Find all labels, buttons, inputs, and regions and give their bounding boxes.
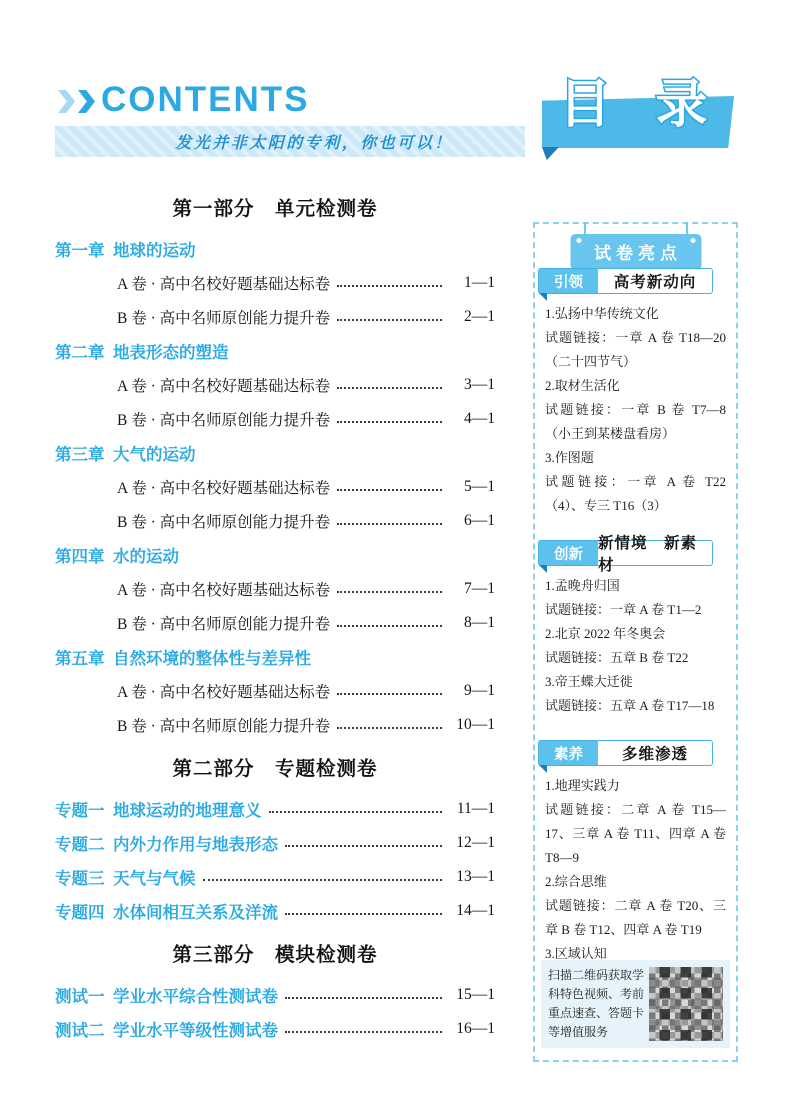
toc-entry-row: 专题三天气与气候13—1 [55, 860, 495, 894]
page-number: 9—1 [449, 682, 495, 700]
toc-chapter-row: 第五章自然环境的整体性与差异性 [55, 640, 495, 674]
entry-title: 内外力作用与地表形态 [113, 831, 278, 855]
mulu-title-art: 目 录 [537, 64, 739, 164]
highlight-item: 1.弘扬中华传统文化试题链接：一章 A 卷 T18—20（二十四节气） [545, 302, 726, 374]
toc-entry-row: 专题四水体间相互关系及洋流14—1 [55, 894, 495, 928]
toc-chapter-row: 第四章水的运动 [55, 538, 495, 572]
entry-title: 自然环境的整体性与差异性 [113, 645, 311, 669]
item-title: A 卷 · 高中名校好题基础达标卷 [117, 374, 330, 396]
chevron-right-icon [58, 90, 75, 113]
item-title: A 卷 · 高中名校好题基础达标卷 [117, 578, 330, 600]
toc-item-row: B 卷 · 高中名师原创能力提升卷10—1 [55, 708, 495, 742]
motto-text: 发光并非太阳的专利，你也可以！ [127, 130, 453, 153]
block-header: 创新新情境 新素材 [538, 540, 713, 566]
highlight-item-link: 试题链接：五章 B 卷 T22 [545, 646, 726, 670]
dotted-leader [337, 387, 442, 389]
part-title: 第二部分 专题检测卷 [55, 754, 495, 784]
toc-entry-row: 测试一学业水平综合性测试卷15—1 [55, 978, 495, 1012]
highlight-block: 引领高考新动向1.弘扬中华传统文化试题链接：一章 A 卷 T18—20（二十四节… [545, 268, 726, 518]
item-title: B 卷 · 高中名师原创能力提升卷 [117, 306, 330, 328]
toc-item-row: A 卷 · 高中名校好题基础达标卷5—1 [55, 470, 495, 504]
page-number: 10—1 [449, 716, 495, 734]
page-number: 11—1 [449, 800, 495, 818]
entry-title: 地表形态的塑造 [113, 339, 229, 363]
entry-label: 专题一 [55, 797, 113, 821]
toc-item-row: A 卷 · 高中名校好题基础达标卷9—1 [55, 674, 495, 708]
toc-item-row: A 卷 · 高中名校好题基础达标卷3—1 [55, 368, 495, 402]
page-number: 12—1 [449, 834, 495, 852]
entry-title: 地球的运动 [113, 237, 196, 261]
entry-title: 水的运动 [113, 543, 179, 567]
page-number: 2—1 [449, 308, 495, 326]
highlight-item-link: 试题链接：二章 A 卷 T20、三章 B 卷 T12、四章 A 卷 T19 [545, 894, 726, 942]
double-chevron-icon [58, 90, 95, 113]
entry-label: 测试二 [55, 1017, 113, 1041]
highlight-item: 1.地理实践力试题链接：二章 A 卷 T15—17、三章 A 卷 T11、四章 … [545, 774, 726, 870]
dotted-leader [337, 591, 442, 593]
highlight-item: 3.作图题试题链接：一章 A 卷 T22（4）、专三 T16（3） [545, 446, 726, 518]
page-number: 8—1 [449, 614, 495, 632]
part-title: 第三部分 模块检测卷 [55, 940, 495, 970]
dotted-leader [285, 913, 442, 915]
dotted-leader [285, 1031, 442, 1033]
block-heading: 多维渗透 [598, 741, 712, 765]
highlight-item-link: 试题链接：一章 A 卷 T18—20（二十四节气） [545, 326, 726, 374]
entry-title: 大气的运动 [113, 441, 196, 465]
page-number: 16—1 [449, 1020, 495, 1038]
toc-entry-row: 专题一地球运动的地理意义11—1 [55, 792, 495, 826]
item-title: B 卷 · 高中名师原创能力提升卷 [117, 612, 330, 634]
highlight-item-name: 2.北京 2022 年冬奥会 [545, 622, 726, 646]
part-title: 第一部分 单元检测卷 [55, 194, 495, 224]
highlight-item-link: 试题链接：一章 B 卷 T7—8（小王到某楼盘看房） [545, 398, 726, 446]
qr-note: 扫描二维码获取学科特色视频、考前重点速查、答题卡等增值服务 [548, 966, 644, 1042]
toc-chapter-row: 第二章地表形态的塑造 [55, 334, 495, 368]
block-header-fold [539, 565, 547, 573]
dotted-leader [269, 811, 443, 813]
highlight-item: 2.取材生活化试题链接：一章 B 卷 T7—8（小王到某楼盘看房） [545, 374, 726, 446]
entry-label: 第五章 [55, 645, 113, 669]
highlight-item-name: 3.作图题 [545, 446, 726, 470]
toc-item-row: B 卷 · 高中名师原创能力提升卷4—1 [55, 402, 495, 436]
entry-label: 第三章 [55, 441, 113, 465]
page-number: 4—1 [449, 410, 495, 428]
highlight-block: 创新新情境 新素材1.孟晚舟归国试题链接：一章 A 卷 T1—22.北京 202… [545, 540, 726, 718]
motto-banner: 发光并非太阳的专利，你也可以！ [55, 126, 525, 157]
highlights-sign: 试卷亮点 [570, 234, 701, 270]
entry-label: 专题三 [55, 865, 113, 889]
highlight-item-link: 试题链接：一章 A 卷 T22（4）、专三 T16（3） [545, 470, 726, 518]
contents-title: CONTENTS [101, 80, 310, 120]
highlight-item: 3.帝王蝶大迁徙试题链接：五章 A 卷 T17—18 [545, 670, 726, 718]
dotted-leader [337, 523, 442, 525]
mulu-ribbon: 目 录 [537, 64, 739, 164]
highlight-item-name: 3.帝王蝶大迁徙 [545, 670, 726, 694]
entry-title: 天气与气候 [113, 865, 196, 889]
entry-title: 学业水平等级性测试卷 [113, 1017, 278, 1041]
dotted-leader [203, 879, 443, 881]
item-title: A 卷 · 高中名校好题基础达标卷 [117, 680, 330, 702]
page-number: 14—1 [449, 902, 495, 920]
toc-item-row: B 卷 · 高中名师原创能力提升卷2—1 [55, 300, 495, 334]
page-number: 5—1 [449, 478, 495, 496]
page-number: 7—1 [449, 580, 495, 598]
item-title: A 卷 · 高中名校好题基础达标卷 [117, 476, 330, 498]
dotted-leader [337, 489, 442, 491]
highlight-item-name: 1.孟晚舟归国 [545, 574, 726, 598]
dotted-leader [337, 421, 442, 423]
highlight-item-name: 2.取材生活化 [545, 374, 726, 398]
chevron-right-icon [78, 90, 95, 113]
highlight-item: 2.北京 2022 年冬奥会试题链接：五章 B 卷 T22 [545, 622, 726, 670]
item-title: A 卷 · 高中名校好题基础达标卷 [117, 272, 330, 294]
item-title: B 卷 · 高中名师原创能力提升卷 [117, 510, 330, 532]
entry-label: 测试一 [55, 983, 113, 1007]
page-number: 3—1 [449, 376, 495, 394]
highlight-item-name: 2.综合思维 [545, 870, 726, 894]
block-heading: 新情境 新素材 [598, 541, 712, 565]
entry-label: 第二章 [55, 339, 113, 363]
qr-code [649, 967, 723, 1041]
entry-title: 学业水平综合性测试卷 [113, 983, 278, 1007]
highlights-blocks: 引领高考新动向1.弘扬中华传统文化试题链接：一章 A 卷 T18—20（二十四节… [535, 224, 736, 1014]
toc-item-row: B 卷 · 高中名师原创能力提升卷8—1 [55, 606, 495, 640]
dotted-leader [337, 693, 442, 695]
dotted-leader [337, 727, 442, 729]
mulu-title: 目 录 [559, 76, 722, 134]
toc-chapter-row: 第一章地球的运动 [55, 232, 495, 266]
block-tag: 素养 [539, 741, 598, 765]
highlight-item-name: 1.弘扬中华传统文化 [545, 302, 726, 326]
block-header-fold [539, 765, 547, 773]
entry-title: 地球运动的地理意义 [113, 797, 262, 821]
highlights-sidebar: 试卷亮点 引领高考新动向1.弘扬中华传统文化试题链接：一章 A 卷 T18—20… [533, 222, 738, 1062]
entry-title: 水体间相互关系及洋流 [113, 899, 278, 923]
dotted-leader [337, 319, 442, 321]
entry-label: 专题二 [55, 831, 113, 855]
block-header: 素养多维渗透 [538, 740, 713, 766]
highlight-item-link: 试题链接：一章 A 卷 T1—2 [545, 598, 726, 622]
toc-item-row: A 卷 · 高中名校好题基础达标卷1—1 [55, 266, 495, 300]
qr-panel: 扫描二维码获取学科特色视频、考前重点速查、答题卡等增值服务 [541, 960, 730, 1048]
toc-chapter-row: 第三章大气的运动 [55, 436, 495, 470]
highlight-item-link: 试题链接：二章 A 卷 T15—17、三章 A 卷 T11、四章 A 卷 T8—… [545, 798, 726, 870]
block-tag: 创新 [539, 541, 598, 565]
block-header-fold [539, 293, 547, 301]
highlight-item-name: 1.地理实践力 [545, 774, 726, 798]
page-number: 6—1 [449, 512, 495, 530]
block-tag: 引领 [539, 269, 598, 293]
highlight-item: 2.综合思维试题链接：二章 A 卷 T20、三章 B 卷 T12、四章 A 卷 … [545, 870, 726, 942]
dotted-leader [337, 285, 442, 287]
page-number: 13—1 [449, 868, 495, 886]
dotted-leader [285, 997, 442, 999]
dotted-leader [337, 625, 442, 627]
toc-item-row: A 卷 · 高中名校好题基础达标卷7—1 [55, 572, 495, 606]
entry-label: 专题四 [55, 899, 113, 923]
item-title: B 卷 · 高中名师原创能力提升卷 [117, 714, 330, 736]
highlight-item-link: 试题链接：五章 A 卷 T17—18 [545, 694, 726, 718]
highlight-item: 1.孟晚舟归国试题链接：一章 A 卷 T1—2 [545, 574, 726, 622]
block-heading: 高考新动向 [598, 269, 712, 293]
item-title: B 卷 · 高中名师原创能力提升卷 [117, 408, 330, 430]
toc-item-row: B 卷 · 高中名师原创能力提升卷6—1 [55, 504, 495, 538]
page-number: 1—1 [449, 274, 495, 292]
entry-label: 第四章 [55, 543, 113, 567]
toc: 第一部分 单元检测卷第一章地球的运动A 卷 · 高中名校好题基础达标卷1—1B … [55, 182, 495, 1046]
block-header: 引领高考新动向 [538, 268, 713, 294]
contents-page: CONTENTS 发光并非太阳的专利，你也可以！ 目 录 第一部分 单元检测卷第… [0, 0, 790, 1117]
entry-label: 第一章 [55, 237, 113, 261]
toc-entry-row: 专题二内外力作用与地表形态12—1 [55, 826, 495, 860]
page-number: 15—1 [449, 986, 495, 1004]
dotted-leader [285, 845, 442, 847]
toc-entry-row: 测试二学业水平等级性测试卷16—1 [55, 1012, 495, 1046]
